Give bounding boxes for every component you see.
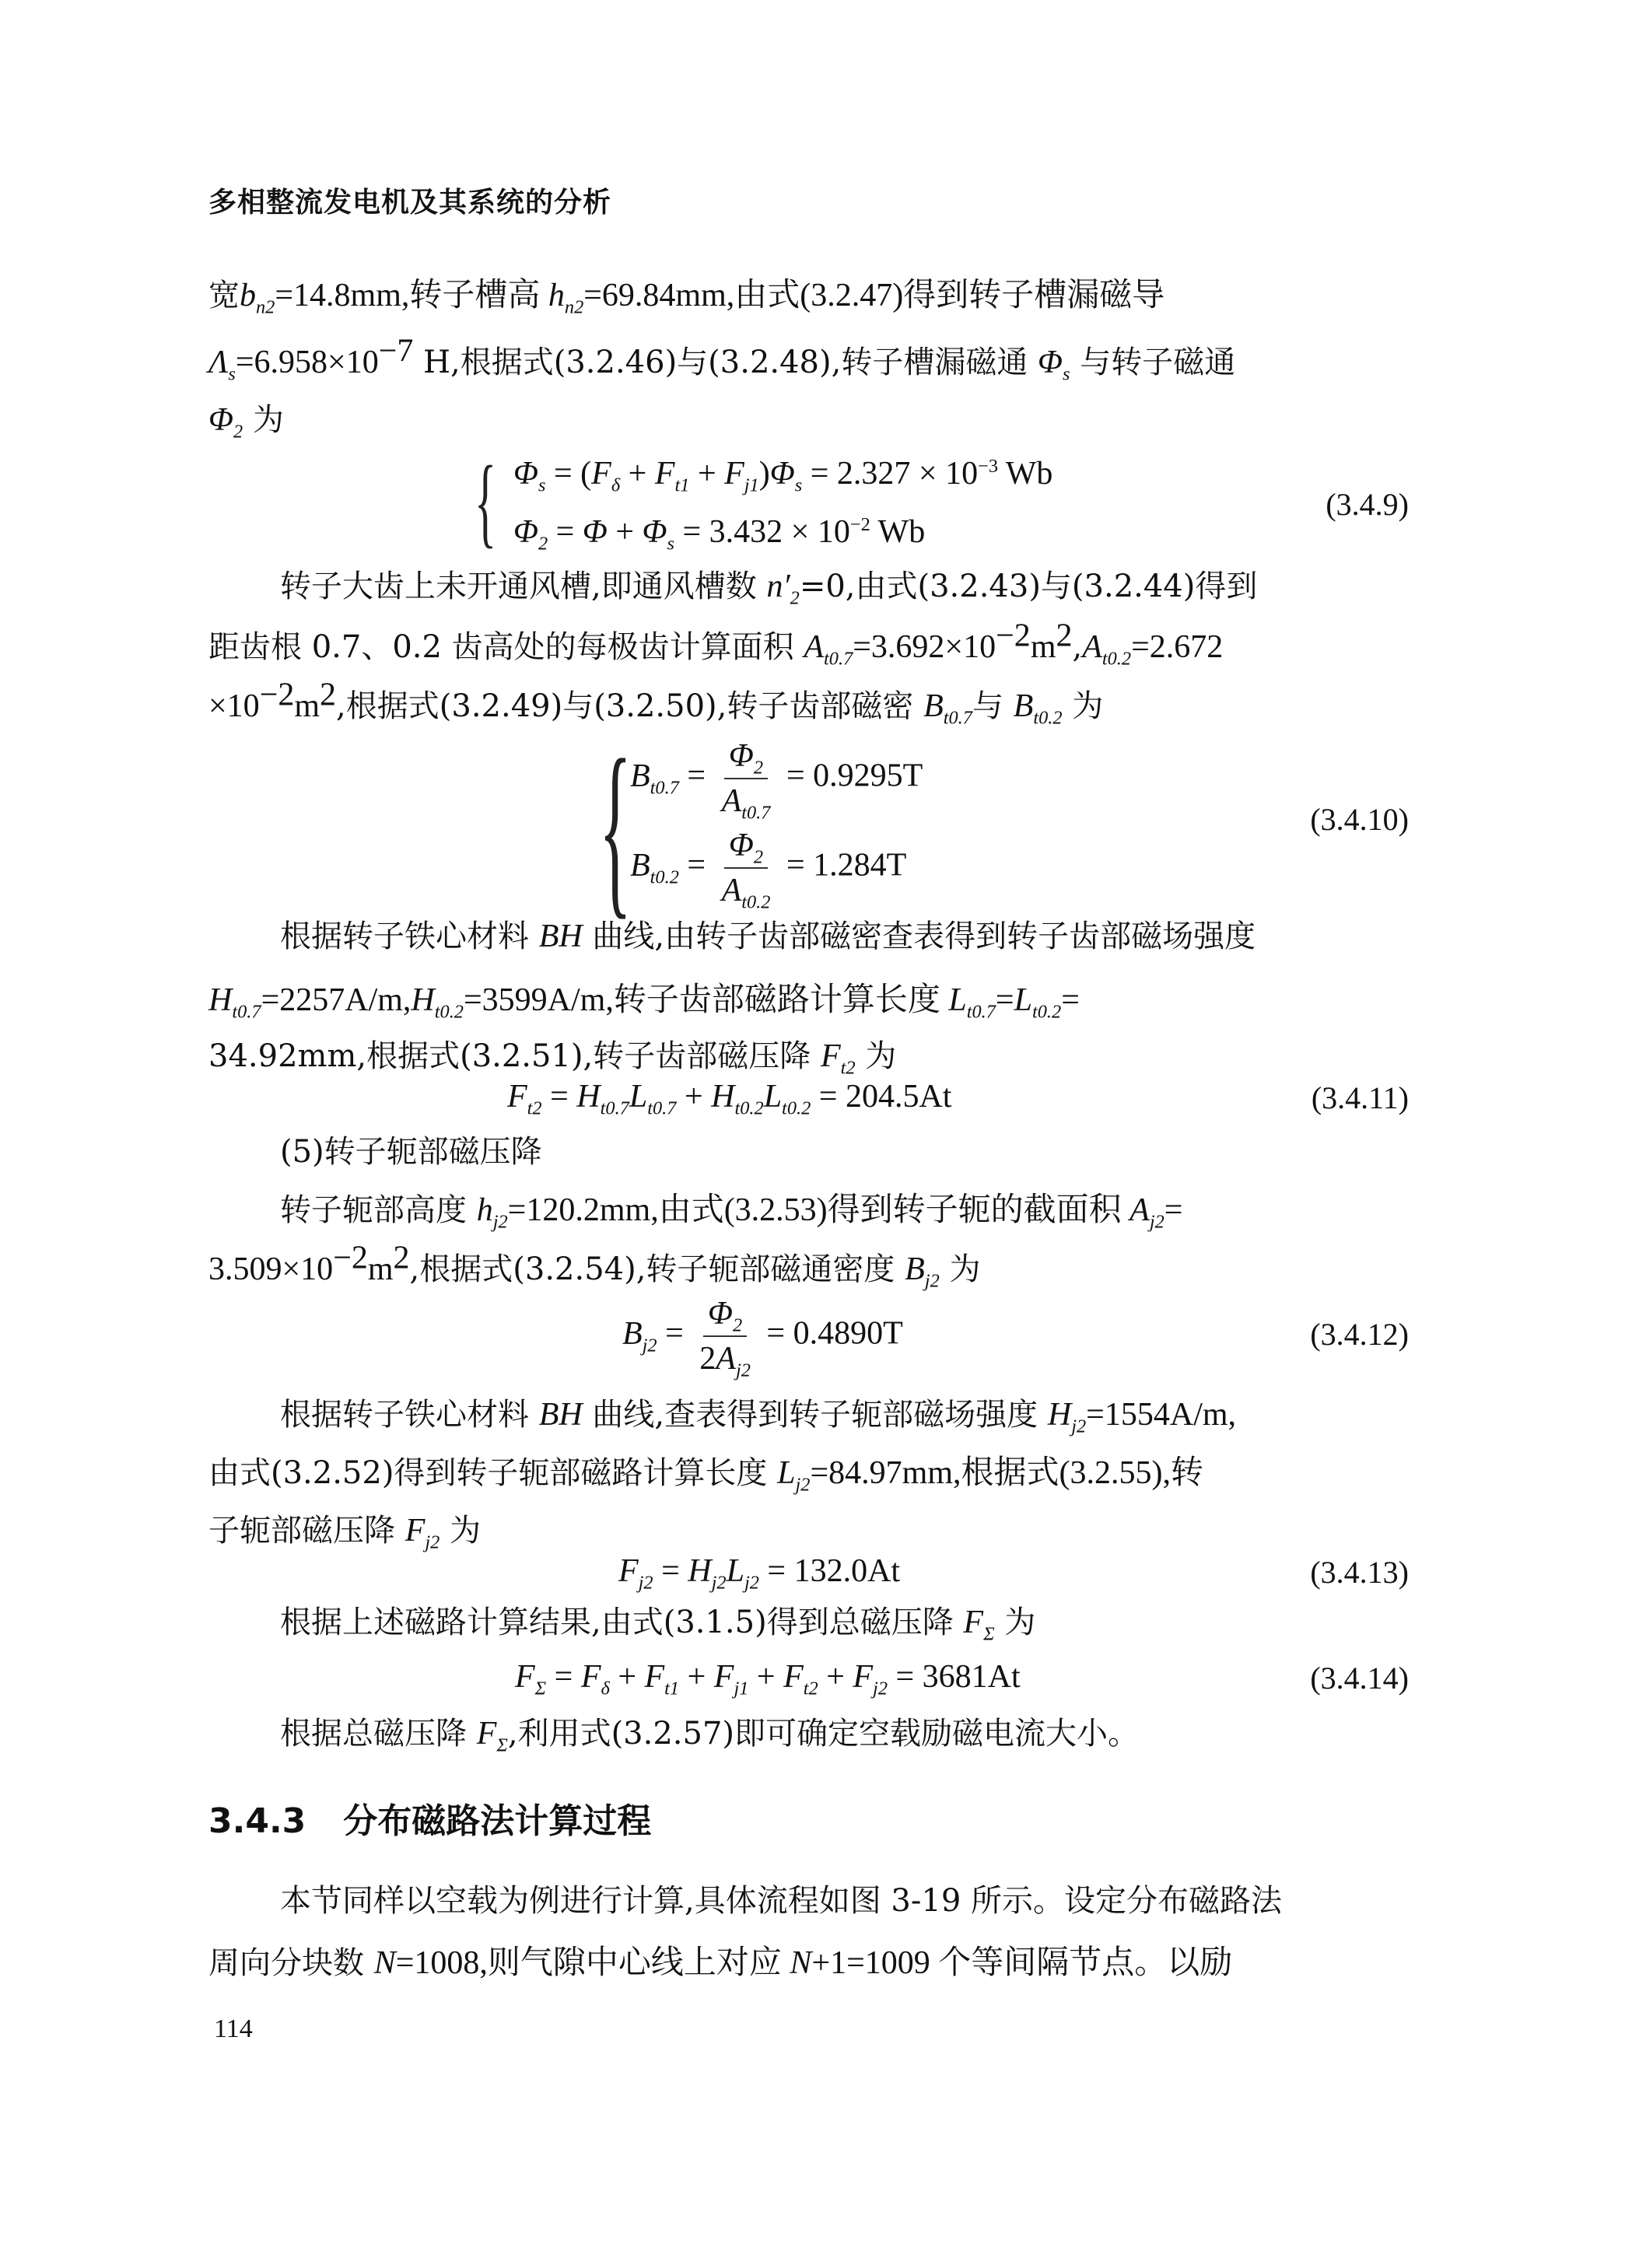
- page-number: 114: [214, 2014, 253, 2044]
- text: 为: [440, 1513, 481, 1549]
- text: =69.84mm,由式(3.2.47)得到转子槽漏磁导: [583, 278, 1164, 313]
- paragraph-line: Λs=6.958×10−7 H,根据式(3.2.46)与(3.2.48),转子槽…: [208, 344, 1235, 381]
- text: 曲线,由转子齿部磁密查表得到转子齿部磁场强度: [583, 919, 1256, 954]
- exponent: −2: [996, 618, 1031, 654]
- exponent: −7: [379, 334, 414, 369]
- math-var: BH: [539, 1397, 583, 1433]
- text: 由式(3.2.52)得到转子轭部磁路计算长度: [208, 1455, 777, 1491]
- equation-row: Φs = (Fδ + Ft1 + Fj1)Φs = 2.327 × 10−3 W…: [513, 455, 1052, 492]
- text: 与: [972, 688, 1014, 724]
- text: 距齿根 0.7、0.2 齿高处的每极齿计算面积: [208, 629, 804, 665]
- text: 根据转子铁心材料: [280, 1397, 539, 1433]
- text: =84.97mm,根据式(3.2.55),转: [810, 1455, 1203, 1491]
- text: 为: [940, 1251, 981, 1287]
- text: 宽: [208, 278, 240, 313]
- text: 子轭部磁压降: [208, 1513, 405, 1549]
- equation-value: = 1.284T: [786, 848, 906, 884]
- math-var: At0.7: [804, 629, 853, 665]
- math-var: FΣ: [963, 1605, 994, 1640]
- text: =2.672: [1131, 629, 1223, 665]
- math-var: bn2: [240, 278, 275, 313]
- text: =6.958×10: [236, 345, 379, 380]
- fraction: Φ2At0.2: [722, 827, 771, 909]
- text: +1=1009 个等间隔节点。以励: [811, 1945, 1232, 1981]
- section-title: 分布磁路法计算过程: [343, 1801, 651, 1841]
- paragraph-line: 根据转子铁心材料 BH 曲线,由转子齿部磁密查表得到转子齿部磁场强度: [280, 918, 1256, 955]
- section-heading: 3.4.3分布磁路法计算过程: [208, 1793, 651, 1843]
- text: 3.509×10: [208, 1251, 333, 1287]
- equation-row: Bj2 = Φ22Aj2 = 0.4890T: [622, 1295, 903, 1377]
- math-var: Fj2: [405, 1513, 440, 1549]
- paragraph-line: 3.509×10−2m2,根据式(3.2.54),转子轭部磁通密度 Bj2 为: [208, 1251, 980, 1288]
- text: 为: [856, 1038, 897, 1074]
- math-var: FΣ: [477, 1716, 508, 1752]
- math-var: BH: [539, 919, 583, 954]
- exponent: 2: [1056, 618, 1072, 654]
- math-var: N: [790, 1945, 811, 1981]
- paragraph-line: 宽bn2=14.8mm,转子槽高 hn2=69.84mm,由式(3.2.47)得…: [208, 277, 1164, 314]
- text: 转子大齿上未开通风槽,即通风槽数: [280, 569, 766, 604]
- running-header: 多相整流发电机及其系统的分析: [208, 180, 611, 220]
- text: =: [996, 982, 1014, 1018]
- text: =: [1061, 982, 1080, 1018]
- math-var: Λs: [208, 345, 236, 380]
- equation-value: = 132.0At: [767, 1553, 900, 1589]
- text: 为: [1063, 688, 1104, 724]
- unit: m: [294, 688, 320, 724]
- math-var: Bj2: [905, 1251, 940, 1287]
- unit: Wb: [878, 514, 926, 550]
- text: =1008,则气隙中心线上对应: [396, 1945, 790, 1981]
- paragraph-line: 根据上述磁路计算结果,由式(3.1.5)得到总磁压降 FΣ 为: [280, 1604, 1035, 1641]
- text: 曲线,查表得到转子轭部磁场强度: [583, 1397, 1048, 1433]
- paragraph-line: 34.92mm,根据式(3.2.51),转子齿部磁压降 Ft2 为: [208, 1038, 896, 1075]
- math-var: Aj2: [1129, 1192, 1164, 1228]
- left-brace: {: [599, 731, 632, 926]
- fraction: Φ2At0.7: [722, 737, 771, 820]
- math-var: Ht0.2: [411, 982, 464, 1018]
- text: =14.8mm,转子槽高: [275, 278, 548, 313]
- paragraph-line: 本节同样以空载为例进行计算,具体流程如图 3-19 所示。设定分布磁路法: [280, 1882, 1282, 1920]
- text: =3599A/m,转子齿部磁路计算长度: [464, 982, 948, 1018]
- text: ,根据式(3.2.54),转子轭部磁通密度: [410, 1251, 905, 1287]
- text: 为: [995, 1605, 1036, 1640]
- paragraph-line: Ht0.7=2257A/m,Ht0.2=3599A/m,转子齿部磁路计算长度 L…: [208, 982, 1080, 1019]
- equation-row: FΣ = Fδ + Ft1 + Fj1 + Ft2 + Fj2 = 3681At: [515, 1658, 1021, 1696]
- equation-value: = 3.432 × 10: [683, 514, 850, 550]
- text: =: [1164, 1192, 1183, 1228]
- equation-number: (3.4.12): [1310, 1316, 1409, 1353]
- text: 根据上述磁路计算结果,由式(3.1.5)得到总磁压降: [280, 1605, 963, 1640]
- text: =1554A/m,: [1086, 1397, 1236, 1433]
- math-var: Lt0.2: [1014, 982, 1062, 1018]
- text: =0,由式(3.2.43)与(3.2.44)得到: [800, 569, 1258, 604]
- text: ,根据式(3.2.49)与(3.2.50),转子齿部磁密: [336, 688, 923, 724]
- exponent: −2: [850, 514, 870, 535]
- text: 转子轭部高度: [280, 1192, 477, 1228]
- equation-value: = 204.5At: [819, 1079, 952, 1115]
- unit: m: [368, 1251, 394, 1287]
- equation-number: (3.4.9): [1326, 486, 1409, 523]
- left-brace: {: [475, 451, 496, 552]
- equation-value: = 0.4890T: [766, 1316, 902, 1352]
- exponent: −2: [333, 1241, 368, 1276]
- text: 本节同样以空载为例进行计算,具体流程如图 3-19 所示。设定分布磁路法: [280, 1883, 1282, 1919]
- exponent: −2: [260, 677, 295, 713]
- text: =3.692×10: [853, 629, 996, 665]
- text: =2257A/m,: [261, 982, 412, 1018]
- equation-row: Ft2 = Ht0.7Lt0.7 + Ht0.2Lt0.2 = 204.5At: [507, 1078, 951, 1115]
- text: 34.92mm,根据式(3.2.51),转子齿部磁压降: [208, 1038, 821, 1074]
- math-var: N: [374, 1945, 396, 1981]
- equation-number: (3.4.14): [1310, 1660, 1409, 1696]
- subsection-label: (5)转子轭部磁压降: [280, 1133, 542, 1171]
- paragraph-line: Φ2 为: [208, 401, 284, 439]
- equation-number: (3.4.11): [1312, 1080, 1409, 1116]
- math-var: Φs: [1038, 345, 1070, 380]
- paragraph-line: 周向分块数 N=1008,则气隙中心线上对应 N+1=1009 个等间隔节点。以…: [208, 1944, 1232, 1982]
- math-var: Lt0.7: [948, 982, 996, 1018]
- math-var: hj2: [477, 1192, 508, 1228]
- paragraph-line: 根据总磁压降 FΣ,利用式(3.2.57)即可确定空载励磁电流大小。: [280, 1715, 1139, 1752]
- math-var: Lj2: [777, 1455, 810, 1491]
- paragraph-line: 子轭部磁压降 Fj2 为: [208, 1512, 481, 1549]
- text: 根据转子铁心材料: [280, 919, 539, 954]
- paragraph-line: 转子大齿上未开通风槽,即通风槽数 n′2=0,由式(3.2.43)与(3.2.4…: [280, 568, 1257, 605]
- paragraph-line: 根据转子铁心材料 BH 曲线,查表得到转子轭部磁场强度 Hj2=1554A/m,: [280, 1396, 1236, 1433]
- unit: m: [1031, 629, 1056, 665]
- equation-row: Bt0.7 = Φ2At0.7 = 0.9295T: [630, 737, 923, 820]
- math-var: Hj2: [1048, 1397, 1086, 1433]
- paragraph-line: 转子轭部高度 hj2=120.2mm,由式(3.2.53)得到转子轭的截面积 A…: [280, 1192, 1182, 1229]
- equation-value: = 2.327 × 10: [811, 456, 978, 492]
- text: =120.2mm,由式(3.2.53)得到转子轭的截面积: [508, 1192, 1130, 1228]
- exponent: −3: [978, 456, 998, 477]
- equation-row: Bt0.2 = Φ2At0.2 = 1.284T: [630, 827, 906, 909]
- text: 根据总磁压降: [280, 1716, 477, 1752]
- exponent: 2: [320, 677, 336, 713]
- math-var: At0.2: [1082, 629, 1131, 665]
- math-var: Ft2: [821, 1038, 856, 1074]
- text: H,根据式(3.2.46)与(3.2.48),转子槽漏磁通: [413, 345, 1038, 380]
- fraction: Φ22Aj2: [699, 1295, 751, 1377]
- unit: Wb: [1006, 456, 1053, 492]
- text: 周向分块数: [208, 1945, 374, 1981]
- text: ×10: [208, 688, 260, 724]
- math-var: n′2: [766, 569, 799, 604]
- equation-row: Fj2 = Hj2Lj2 = 132.0At: [618, 1552, 900, 1590]
- math-var: Φ2: [208, 402, 243, 438]
- paragraph-line: 距齿根 0.7、0.2 齿高处的每极齿计算面积 At0.7=3.692×10−2…: [208, 628, 1223, 666]
- equation-number: (3.4.10): [1310, 801, 1409, 838]
- math-var: Bt0.7: [923, 688, 972, 724]
- exponent: 2: [394, 1241, 410, 1276]
- math-var: Bt0.2: [1014, 688, 1063, 724]
- paragraph-line: 由式(3.2.52)得到转子轭部磁路计算长度 Lj2=84.97mm,根据式(3…: [208, 1454, 1203, 1492]
- equation-value: = 3681At: [896, 1659, 1021, 1695]
- text: 为: [243, 402, 284, 438]
- text: ,利用式(3.2.57)即可确定空载励磁电流大小。: [508, 1716, 1139, 1752]
- paragraph-line: ×10−2m2,根据式(3.2.49)与(3.2.50),转子齿部磁密 Bt0.…: [208, 688, 1103, 725]
- section-number: 3.4.3: [208, 1801, 306, 1841]
- equation-value: = 0.9295T: [786, 758, 923, 794]
- equation-number: (3.4.13): [1310, 1554, 1409, 1591]
- text: 与转子磁通: [1070, 345, 1236, 380]
- equation-row: Φ2 = Φ + Φs = 3.432 × 10−2 Wb: [513, 513, 925, 551]
- math-var: Ht0.7: [208, 982, 261, 1018]
- math-var: hn2: [548, 278, 583, 313]
